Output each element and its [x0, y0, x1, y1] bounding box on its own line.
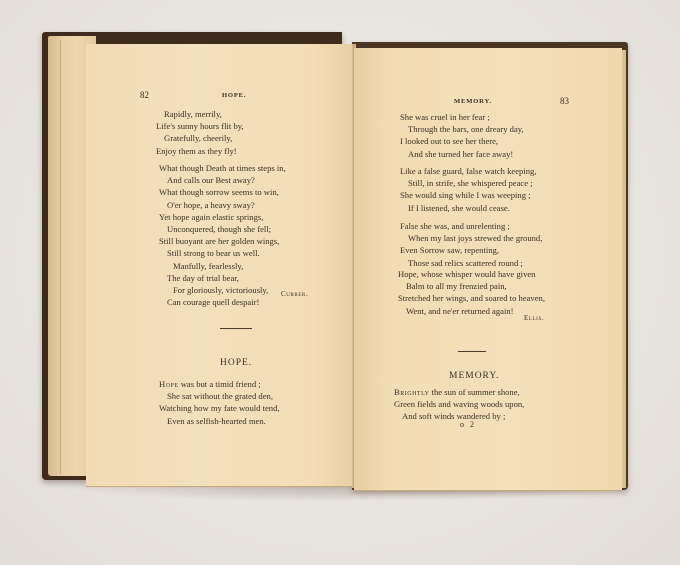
stanza: Hope was but a timid friend ; She sat wi… — [159, 378, 280, 427]
verse-line: Can courage quell despair! — [159, 296, 286, 308]
left-page[interactable]: 82 HOPE. Rapidly, merrily, Life's sunny … — [86, 44, 354, 487]
page-number: 82 — [140, 90, 149, 100]
stanza: What though Death at times steps in, And… — [159, 162, 286, 308]
verse-line: Went, and ne'er returned again! — [398, 305, 545, 317]
verse-line: Life's sunny hours flit by, — [156, 120, 244, 132]
verse-line: the sun of summer shone, — [429, 387, 519, 397]
verse-line: Even Sorrow saw, repenting, — [400, 244, 542, 256]
running-head: MEMORY. — [454, 98, 492, 105]
verse-line: Through the bars, one dreary day, — [400, 123, 524, 135]
author-signature: Ellis. — [524, 314, 544, 322]
section-divider — [458, 351, 486, 352]
verse-line: Those sad relics scattered round ; — [400, 257, 542, 269]
verse-line: Yet hope again elastic springs, — [159, 211, 286, 223]
verse-line: The day of trial bear, — [159, 272, 286, 284]
author-signature: Currer. — [281, 290, 308, 298]
verse-line: Enjoy them as they fly! — [156, 145, 244, 157]
stanza: Rapidly, merrily, Life's sunny hours fli… — [156, 108, 244, 157]
poem-title: HOPE. — [220, 358, 252, 368]
verse-line: Still buoyant are her golden wings, — [159, 235, 286, 247]
verse-line: O'er hope, a heavy sway? — [159, 199, 286, 211]
verse-line: Unconquered, though she fell; — [159, 223, 286, 235]
verse-line: What though sorrow seems to win, — [159, 186, 286, 198]
verse-line: And calls our Best away? — [159, 174, 286, 186]
verse-line: Hope, whose whisper would have given — [398, 268, 545, 280]
verse-line: Rapidly, merrily, — [156, 108, 244, 120]
verse-line: Manfully, fearlessly, — [159, 260, 286, 272]
verse-line: Still, in strife, she whispered peace ; — [400, 177, 537, 189]
verse-line: She was cruel in her fear ; — [400, 111, 524, 123]
stanza: Hope, whose whisper would have given Bal… — [398, 268, 545, 317]
drop-word: Hope — [159, 379, 179, 389]
drop-word: Brightly — [394, 387, 429, 397]
verse-line: False she was, and unrelenting ; — [400, 220, 542, 232]
right-page[interactable]: MEMORY. 83 She was cruel in her fear ; T… — [354, 48, 622, 491]
verse-line: If I listened, she would cease. — [400, 202, 537, 214]
verse-line: Like a false guard, false watch keeping, — [400, 165, 537, 177]
verse-line: Stretched her wings, and soared to heave… — [398, 292, 545, 304]
verse-line: Gratefully, cheerily, — [156, 132, 244, 144]
poem-title: MEMORY. — [449, 371, 499, 381]
verse-line: I looked out to see her there, — [400, 135, 524, 147]
verse-line: For gloriously, victoriously, — [159, 284, 286, 296]
verse-line: Even as selfish-hearted men. — [159, 415, 280, 427]
verse-line: When my last joys strewed the ground, — [400, 232, 542, 244]
stanza: Like a false guard, false watch keeping,… — [400, 165, 537, 214]
signature-mark: o 2 — [460, 420, 476, 429]
verse-line: Still strong to bear us well. — [159, 247, 286, 259]
stanza: Brightly the sun of summer shone, Green … — [394, 386, 524, 423]
section-divider — [220, 328, 252, 329]
verse-line: Green fields and waving woods upon, — [394, 398, 524, 410]
verse-line: And she turned her face away! — [400, 148, 524, 160]
page-number: 83 — [560, 96, 569, 106]
verse-line: She would sing while I was weeping ; — [400, 189, 537, 201]
verse-line: was but a timid friend ; — [179, 379, 261, 389]
verse-line: She sat without the grated den, — [159, 390, 280, 402]
stanza: She was cruel in her fear ; Through the … — [400, 111, 524, 160]
verse-line: Balm to all my frenzied pain, — [398, 280, 545, 292]
running-head: HOPE. — [222, 92, 246, 99]
verse-line: Watching how my fate would tend, — [159, 402, 280, 414]
verse-line: What though Death at times steps in, — [159, 162, 286, 174]
stanza: False she was, and unrelenting ; When my… — [400, 220, 542, 269]
